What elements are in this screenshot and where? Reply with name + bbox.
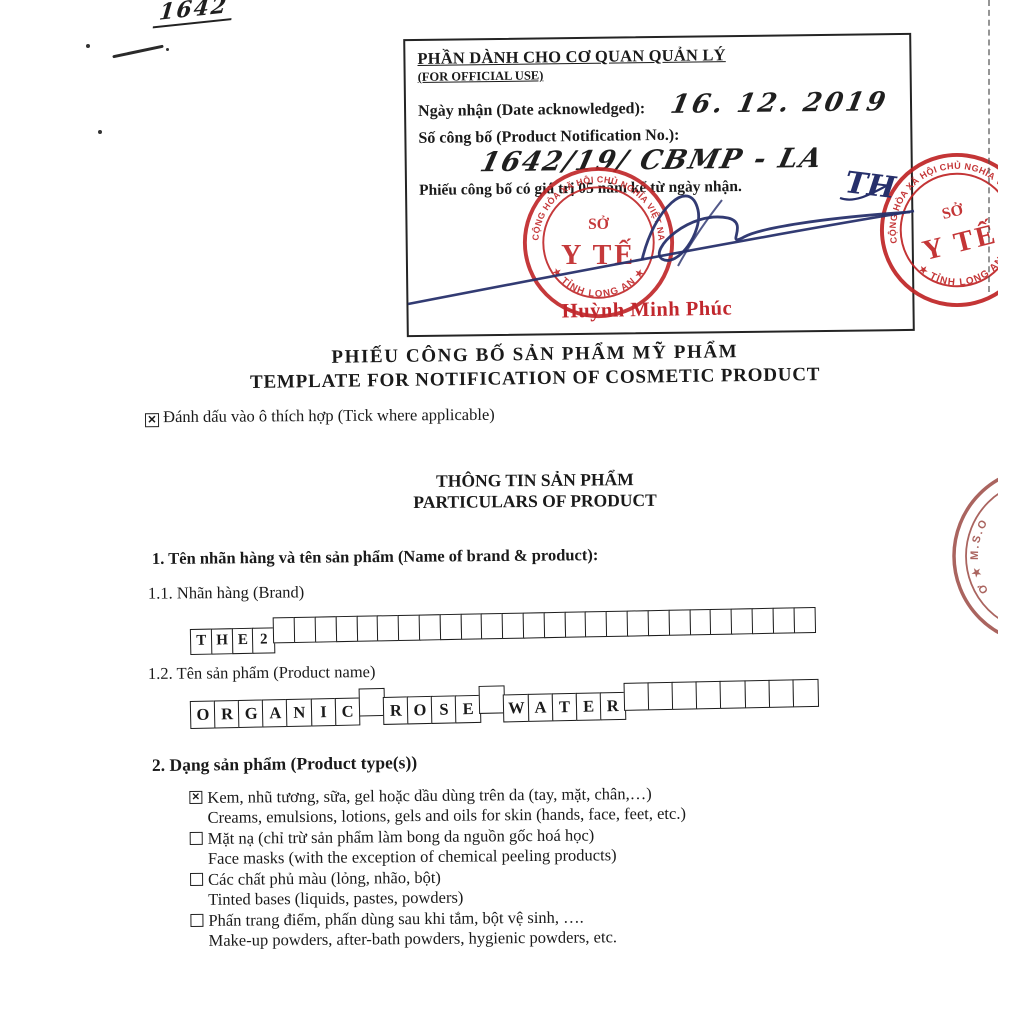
letter-cell xyxy=(792,679,818,708)
signature-ink: TH xyxy=(392,140,932,336)
letter-cell xyxy=(335,616,358,642)
letter-cell xyxy=(502,613,525,639)
letter-cell xyxy=(398,615,421,641)
letter-cell: C xyxy=(334,697,360,726)
product-type-option: ✕Kem, nhũ tương, sữa, gel hoặc dầu dùng … xyxy=(189,782,849,827)
letter-cell: E xyxy=(231,627,254,653)
letter-cell xyxy=(419,614,442,640)
product-type-options: ✕Kem, nhũ tương, sữa, gel hoặc dầu dùng … xyxy=(189,782,850,952)
letter-cell xyxy=(479,685,505,714)
handwritten-corner-number: 1642 xyxy=(153,0,235,28)
letter-cell: G xyxy=(238,699,264,728)
letter-cell xyxy=(377,615,400,641)
checkbox-checked-icon: ✕ xyxy=(145,413,159,427)
product-name-label: 1.2. Tên sản phẩm (Product name) xyxy=(148,662,376,684)
letter-cell xyxy=(523,612,546,638)
q2-heading: 2. Dạng sản phẩm (Product type(s)) xyxy=(152,752,417,776)
letter-cell: E xyxy=(455,695,481,724)
letter-cell xyxy=(606,611,629,637)
letter-cell: A xyxy=(527,693,553,722)
letter-cell xyxy=(356,615,379,641)
product-letter-grid: ORGANICROSEWATER xyxy=(190,679,817,729)
letter-cell: A xyxy=(262,699,288,728)
tick-note-text: Đánh dấu vào ô thích hợp (Tick where app… xyxy=(163,405,495,426)
letter-cell: O xyxy=(407,696,433,725)
letter-cell: E xyxy=(575,692,601,721)
letter-cell xyxy=(772,607,795,633)
letter-cell xyxy=(710,609,733,635)
letter-cell xyxy=(720,680,746,709)
letter-cell: S xyxy=(431,695,457,724)
letter-cell xyxy=(696,681,722,710)
scan-margin xyxy=(998,0,1024,1024)
letter-cell: W xyxy=(503,694,529,723)
ink-speck xyxy=(86,44,90,48)
letter-cell xyxy=(731,608,754,634)
ink-speck xyxy=(98,130,102,134)
letter-cell: T xyxy=(190,628,213,654)
letter-cell xyxy=(627,610,650,636)
scanned-document-page: 1642 PHẦN DÀNH CHO CƠ QUAN QUẢN LÝ (FOR … xyxy=(0,0,1024,1024)
checkbox-icon xyxy=(190,914,203,927)
letter-cell: R xyxy=(383,696,409,725)
letter-cell xyxy=(439,614,462,640)
pen-stroke-mark xyxy=(112,45,163,59)
letter-cell xyxy=(294,617,317,643)
letter-cell: T xyxy=(551,693,577,722)
letter-cell xyxy=(585,611,608,637)
letter-cell xyxy=(273,617,296,643)
letter-cell xyxy=(689,609,712,635)
letter-cell xyxy=(744,680,770,709)
letter-cell: R xyxy=(214,700,240,729)
product-type-option: Các chất phủ màu (lỏng, nhão, bột)Tinted… xyxy=(190,864,850,909)
letter-cell: H xyxy=(211,628,234,654)
letter-cell xyxy=(315,616,338,642)
stamp-center-so: SỞ xyxy=(940,199,966,223)
letter-cell xyxy=(668,609,691,635)
tick-note: ✕ Đánh dấu vào ô thích hợp (Tick where a… xyxy=(145,405,495,427)
product-type-option: Mặt nạ (chỉ trừ sản phẩm làm bong da ngu… xyxy=(190,823,850,868)
letter-cell: O xyxy=(190,700,216,729)
letter-cell xyxy=(543,612,566,638)
letter-cell xyxy=(358,688,384,717)
fold-line xyxy=(988,0,990,292)
date-acknowledged-value: 16. 12. 2019 xyxy=(668,87,891,120)
letter-cell xyxy=(672,681,698,710)
document-title: PHIẾU CÔNG BỐ SẢN PHẨM MỸ PHẨM TEMPLATE … xyxy=(40,337,1024,397)
letter-cell xyxy=(647,610,670,636)
checkbox-checked-icon: ✕ xyxy=(189,791,202,804)
q1-heading: 1. Tên nhãn hàng và tên sản phẩm (Name o… xyxy=(152,545,599,569)
letter-cell xyxy=(768,679,794,708)
letter-cell xyxy=(564,611,587,637)
letter-cell: 2 xyxy=(252,627,275,653)
letter-cell xyxy=(460,613,483,639)
date-acknowledged-label: Ngày nhận (Date acknowledged): xyxy=(418,100,645,121)
letter-cell: R xyxy=(600,692,626,721)
product-type-option: Phấn trang điểm, phấn dùng sau khi tắm, … xyxy=(190,905,850,950)
letter-cell xyxy=(481,613,504,639)
letter-cell xyxy=(751,608,774,634)
section-title: THÔNG TIN SẢN PHẨM PARTICULARS OF PRODUC… xyxy=(40,466,1024,517)
letter-cell xyxy=(648,682,674,711)
checkbox-icon xyxy=(190,832,203,845)
checkbox-icon xyxy=(190,873,203,886)
brand-letter-grid: THE2 xyxy=(190,607,815,654)
letter-cell xyxy=(623,682,649,711)
letter-cell xyxy=(793,607,816,633)
letter-cell: N xyxy=(286,698,312,727)
letter-cell: I xyxy=(310,698,336,727)
brand-label: 1.1. Nhãn hàng (Brand) xyxy=(148,582,304,603)
ink-speck xyxy=(166,48,169,51)
